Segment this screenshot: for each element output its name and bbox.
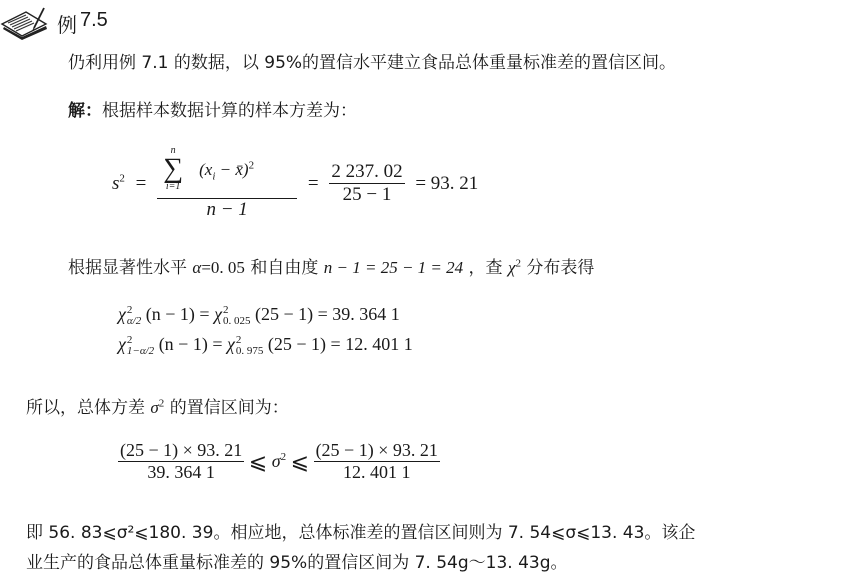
example-number: 7.5 (80, 9, 108, 32)
problem-statement: 仍利用例 7.1 的数据，以 95%的置信水平建立食品总体重量标准差的置信区间。 (68, 48, 676, 73)
lookup-sentence: 根据显著性水平 α=0. 05 和自由度 n − 1 = 25 − 1 = 24… (68, 253, 594, 278)
interval-sentence: 所以，总体方差 σ2 的置信区间为： (26, 393, 289, 418)
variance-fraction-1: n ∑ i=1 (xi − x̄)2 n − 1 (157, 146, 297, 221)
interval-right-fraction: (25 − 1) × 93. 21 12. 401 1 (314, 440, 440, 483)
summation-symbol: n ∑ i=1 (163, 146, 183, 192)
interval-formula: (25 − 1) × 93. 21 39. 364 1 ⩽ σ2 ⩽ (25 −… (118, 440, 440, 483)
example-label: 例 (57, 9, 77, 38)
interval-left-fraction: (25 − 1) × 93. 21 39. 364 1 (118, 440, 244, 483)
conclusion-line-1: 即 56. 83⩽σ²⩽180. 39。相应地，总体标准差的置信区间则为 7. … (26, 518, 695, 543)
chi-square-row-2: χ21−α/2 (n − 1) = χ20. 975 (25 − 1) = 12… (118, 334, 413, 357)
conclusion-line-2: 业生产的食品总体重量标准差的 95%的置信区间为 7. 54g～13. 43g。 (26, 548, 568, 573)
variance-formula: s2 = n ∑ i=1 (xi − x̄)2 n − 1 = 2 237. 0… (112, 146, 478, 221)
solution-label: 解 (68, 101, 85, 121)
solution-intro-text: 根据样本数据计算的样本方差为： (102, 101, 357, 121)
solution-colon: ： (85, 101, 102, 121)
chi-square-row-1: χ2α/2 (n − 1) = χ20. 025 (25 − 1) = 39. … (118, 304, 400, 327)
notebook-pen-icon (0, 6, 52, 40)
variance-result: = 93. 21 (415, 173, 478, 195)
variance-fraction-2: 2 237. 02 25 − 1 (329, 161, 404, 206)
solution-intro: 解：根据样本数据计算的样本方差为： (68, 96, 357, 121)
